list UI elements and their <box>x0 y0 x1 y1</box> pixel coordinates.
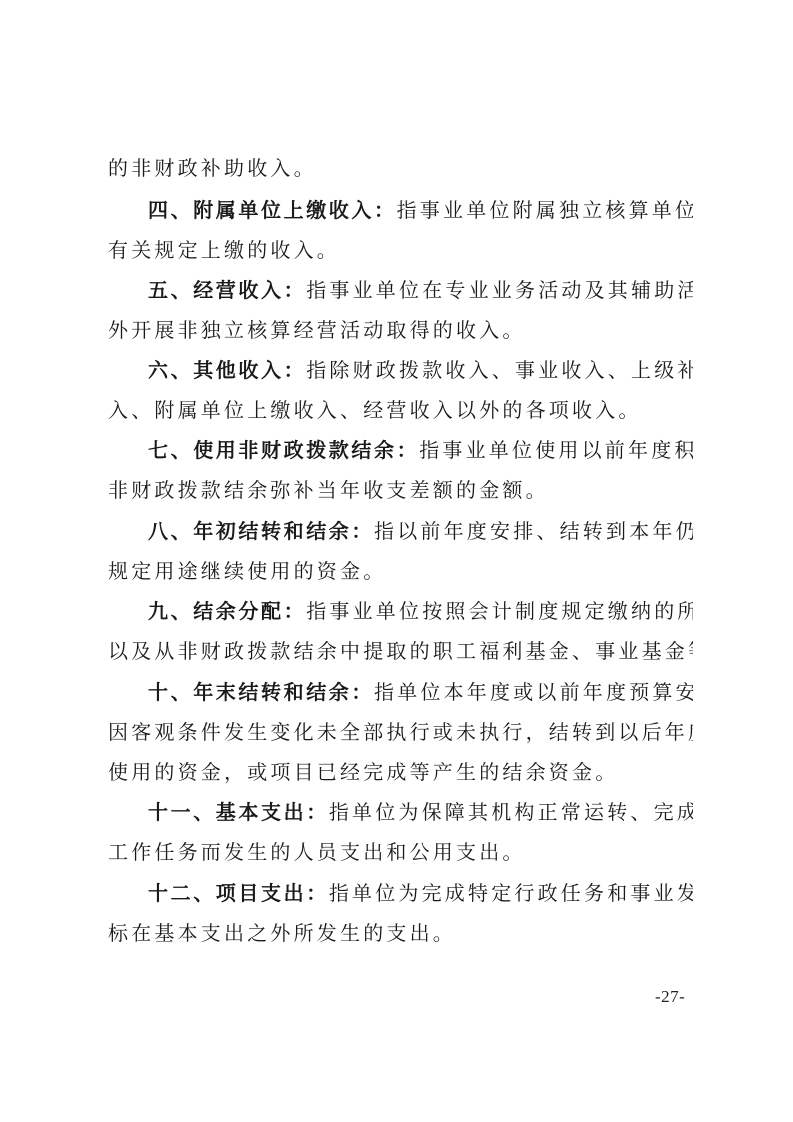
paragraph-line: 十一、基本支出：指单位为保障其机构正常运转、完成日常 <box>148 798 693 826</box>
paragraph-line: 的非财政补助收入。 <box>108 154 693 182</box>
paragraph-line: 八、年初结转和结余：指以前年度安排、结转到本年仍按原 <box>148 517 693 545</box>
paragraph-line: 工作任务而发生的人员支出和公用支出。 <box>108 838 693 866</box>
paragraph-line: 外开展非独立核算经营活动取得的收入。 <box>108 316 693 344</box>
paragraph-line: 七、使用非财政拨款结余：指事业单位使用以前年度积累的 <box>148 436 693 464</box>
paragraph-line: 六、其他收入：指除财政拨款收入、事业收入、上级补助收 <box>148 356 693 384</box>
paragraph-line: 因客观条件发生变化未全部执行或未执行，结转到以后年度继续 <box>108 718 693 746</box>
line-text: 指事业单位使用以前年度积累的 <box>419 438 693 462</box>
line-text: 指以前年度安排、结转到本年仍按原 <box>374 519 693 543</box>
paragraph-line: 十、年末结转和结余：指单位本年度或以前年度预算安排、 <box>148 678 693 706</box>
paragraph-line: 标在基本支出之外所发生的支出。 <box>108 919 693 947</box>
term-heading: 十、年末结转和结余： <box>148 680 374 704</box>
paragraph-line: 有关规定上缴的收入。 <box>108 236 693 264</box>
line-text: 使用的资金，或项目已经完成等产生的结余资金。 <box>108 760 618 784</box>
term-heading: 五、经营收入： <box>148 278 306 302</box>
line-text: 指事业单位在专业业务活动及其辅助活动之 <box>306 278 693 302</box>
line-text: 以及从非财政拨款结余中提取的职工福利基金、事业基金等。 <box>108 639 693 663</box>
document-page: 的非财政补助收入。 四、附属单位上缴收入：指事业单位附属独立核算单位按照 有关规… <box>0 0 793 1122</box>
line-text: 指单位为完成特定行政任务和事业发展目 <box>329 881 693 905</box>
line-text: 工作任务而发生的人员支出和公用支出。 <box>108 840 526 864</box>
term-heading: 七、使用非财政拨款结余： <box>148 438 419 462</box>
line-text: 指事业单位按照会计制度规定缴纳的所得税 <box>306 599 693 623</box>
line-text: 的非财政补助收入。 <box>108 156 317 180</box>
line-text: 标在基本支出之外所发生的支出。 <box>108 921 456 945</box>
paragraph-line: 五、经营收入：指事业单位在专业业务活动及其辅助活动之 <box>148 276 693 304</box>
term-heading: 八、年初结转和结余： <box>148 519 374 543</box>
line-text: 规定用途继续使用的资金。 <box>108 559 386 583</box>
term-heading: 四、附属单位上缴收入： <box>148 198 397 222</box>
page-number: -27- <box>655 987 685 1007</box>
line-text: 因客观条件发生变化未全部执行或未执行，结转到以后年度继续 <box>108 720 693 744</box>
paragraph-line: 九、结余分配：指事业单位按照会计制度规定缴纳的所得税 <box>148 597 693 625</box>
line-text: 外开展非独立核算经营活动取得的收入。 <box>108 318 526 342</box>
paragraph-line: 使用的资金，或项目已经完成等产生的结余资金。 <box>108 758 693 786</box>
line-text: 有关规定上缴的收入。 <box>108 238 340 262</box>
paragraph-line: 以及从非财政拨款结余中提取的职工福利基金、事业基金等。 <box>108 637 693 665</box>
line-text: 指单位本年度或以前年度预算安排、 <box>374 680 693 704</box>
paragraph-line: 入、附属单位上缴收入、经营收入以外的各项收入。 <box>108 396 693 424</box>
term-heading: 六、其他收入： <box>148 358 306 382</box>
term-heading: 十一、基本支出： <box>148 800 329 824</box>
line-text: 非财政拨款结余弥补当年收支差额的金额。 <box>108 478 549 502</box>
line-text: 指单位为保障其机构正常运转、完成日常 <box>329 800 693 824</box>
term-heading: 十二、项目支出： <box>148 881 329 905</box>
paragraph-line: 规定用途继续使用的资金。 <box>108 557 693 585</box>
term-heading: 九、结余分配： <box>148 599 306 623</box>
line-text: 指除财政拨款收入、事业收入、上级补助收 <box>306 358 693 382</box>
paragraph-line: 十二、项目支出：指单位为完成特定行政任务和事业发展目 <box>148 879 693 907</box>
paragraph-line: 四、附属单位上缴收入：指事业单位附属独立核算单位按照 <box>148 196 693 224</box>
line-text: 指事业单位附属独立核算单位按照 <box>397 198 693 222</box>
paragraph-line: 非财政拨款结余弥补当年收支差额的金额。 <box>108 476 693 504</box>
line-text: 入、附属单位上缴收入、经营收入以外的各项收入。 <box>108 398 642 422</box>
